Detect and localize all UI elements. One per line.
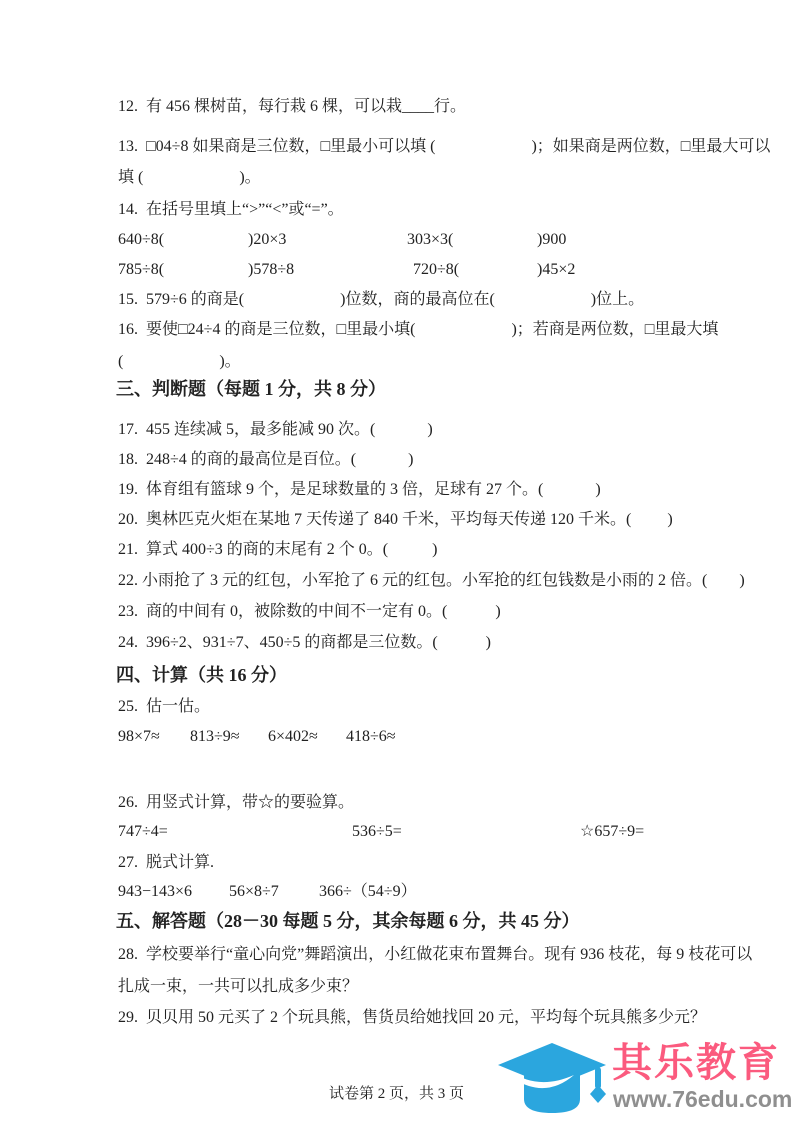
question-27-stepwise-calc-row: 943−143×6 56×8÷7 366÷（54÷9） bbox=[118, 882, 417, 902]
question-16-line1: 16. 要使□24÷4 的商是三位数，□里最小填( )；若商是两位数，□里最大填 bbox=[118, 320, 718, 340]
estimate-cell: 418÷6≈ bbox=[346, 727, 396, 747]
calc-cell: 536÷5= bbox=[352, 822, 580, 842]
question-14-compare-row-1: 640÷8( )20×3 303×3( )900 bbox=[118, 230, 566, 250]
question-14-compare-row-2: 785÷8( )578÷8 720÷8( )45×2 bbox=[118, 260, 575, 280]
question-26: 26. 用竖式计算，带☆的要验算。 bbox=[118, 793, 354, 813]
compare-cell: 785÷8( bbox=[118, 260, 248, 280]
question-23: 23. 商的中间有 0，被除数的中间不一定有 0。( ) bbox=[118, 602, 501, 622]
question-26-vertical-calc-row: 747÷4= 536÷5= ☆657÷9= bbox=[118, 822, 644, 842]
calc-cell: ☆657÷9= bbox=[580, 822, 644, 842]
question-22: 22. 小雨抢了 3 元的红包，小军抢了 6 元的红包。小军抢的红包钱数是小雨的… bbox=[118, 571, 745, 591]
estimate-cell: 6×402≈ bbox=[268, 727, 346, 747]
question-27: 27. 脱式计算. bbox=[118, 853, 214, 873]
question-21: 21. 算式 400÷3 的商的末尾有 2 个 0。( ) bbox=[118, 540, 437, 560]
question-16-line2: ( )。 bbox=[118, 352, 241, 372]
estimate-cell: 813÷9≈ bbox=[190, 727, 268, 747]
brand-name: 其乐教育 bbox=[612, 1042, 780, 1084]
compare-cell: )45×2 bbox=[537, 260, 575, 280]
calc-cell: 943−143×6 bbox=[118, 882, 229, 902]
calc-cell: 56×8÷7 bbox=[229, 882, 319, 902]
calc-cell: 366÷（54÷9） bbox=[319, 882, 417, 902]
section-4-heading: 四、计算（共 16 分） bbox=[116, 664, 287, 686]
question-25-estimate-row: 98×7≈ 813÷9≈ 6×402≈ 418÷6≈ bbox=[118, 727, 396, 747]
question-25: 25. 估一估。 bbox=[118, 697, 210, 717]
question-29: 29. 贝贝用 50 元买了 2 个玩具熊，售货员给她找回 20 元，平均每个玩… bbox=[118, 1008, 706, 1028]
question-20: 20. 奥林匹克火炬在某地 7 天传递了 840 千米，平均每天传递 120 千… bbox=[118, 510, 673, 530]
compare-cell: )578÷8 bbox=[248, 260, 413, 280]
compare-cell: 720÷8( bbox=[413, 260, 537, 280]
question-12: 12. 有 456 棵树苗，每行栽 6 棵，可以栽____行。 bbox=[118, 97, 466, 117]
question-13-line2: 填 ( )。 bbox=[118, 168, 261, 188]
question-28-line1: 28. 学校要举行“童心向党”舞蹈演出，小红做花束布置舞台。现有 936 枝花，… bbox=[118, 945, 752, 965]
question-13-line1: 13. □04÷8 如果商是三位数，□里最小可以填 ( )；如果商是两位数，□里… bbox=[118, 137, 770, 157]
question-24: 24. 396÷2、931÷7、450÷5 的商都是三位数。( ) bbox=[118, 633, 491, 653]
calc-cell: 747÷4= bbox=[118, 822, 352, 842]
question-18: 18. 248÷4 的商的最高位是百位。( ) bbox=[118, 450, 413, 470]
compare-cell: 640÷8( bbox=[118, 230, 248, 250]
compare-cell: 303×3( bbox=[407, 230, 537, 250]
question-17: 17. 455 连续减 5，最多能减 90 次。( ) bbox=[118, 420, 433, 440]
graduation-cap-icon bbox=[496, 1041, 608, 1121]
brand-logo: 其乐教育 www.76edu.com bbox=[496, 1040, 793, 1122]
section-5-heading: 五、解答题（28－30 每题 5 分，其余每题 6 分，共 45 分） bbox=[116, 910, 580, 932]
compare-cell: )900 bbox=[537, 230, 566, 250]
brand-url: www.76edu.com bbox=[613, 1086, 792, 1112]
question-14: 14. 在括号里填上“>”“<”或“=”。 bbox=[118, 200, 344, 220]
question-15: 15. 579÷6 的商是( )位数，商的最高位在( )位上。 bbox=[118, 290, 644, 310]
question-28-line2: 扎成一束，一共可以扎成多少束？ bbox=[118, 977, 358, 997]
section-3-heading: 三、判断题（每题 1 分，共 8 分） bbox=[116, 378, 386, 400]
compare-cell: )20×3 bbox=[248, 230, 407, 250]
exam-paper-page: 12. 有 456 棵树苗，每行栽 6 棵，可以栽____行。 13. □04÷… bbox=[0, 0, 793, 1122]
question-19: 19. 体育组有篮球 9 个，是足球数量的 3 倍，足球有 27 个。( ) bbox=[118, 480, 601, 500]
estimate-cell: 98×7≈ bbox=[118, 727, 190, 747]
